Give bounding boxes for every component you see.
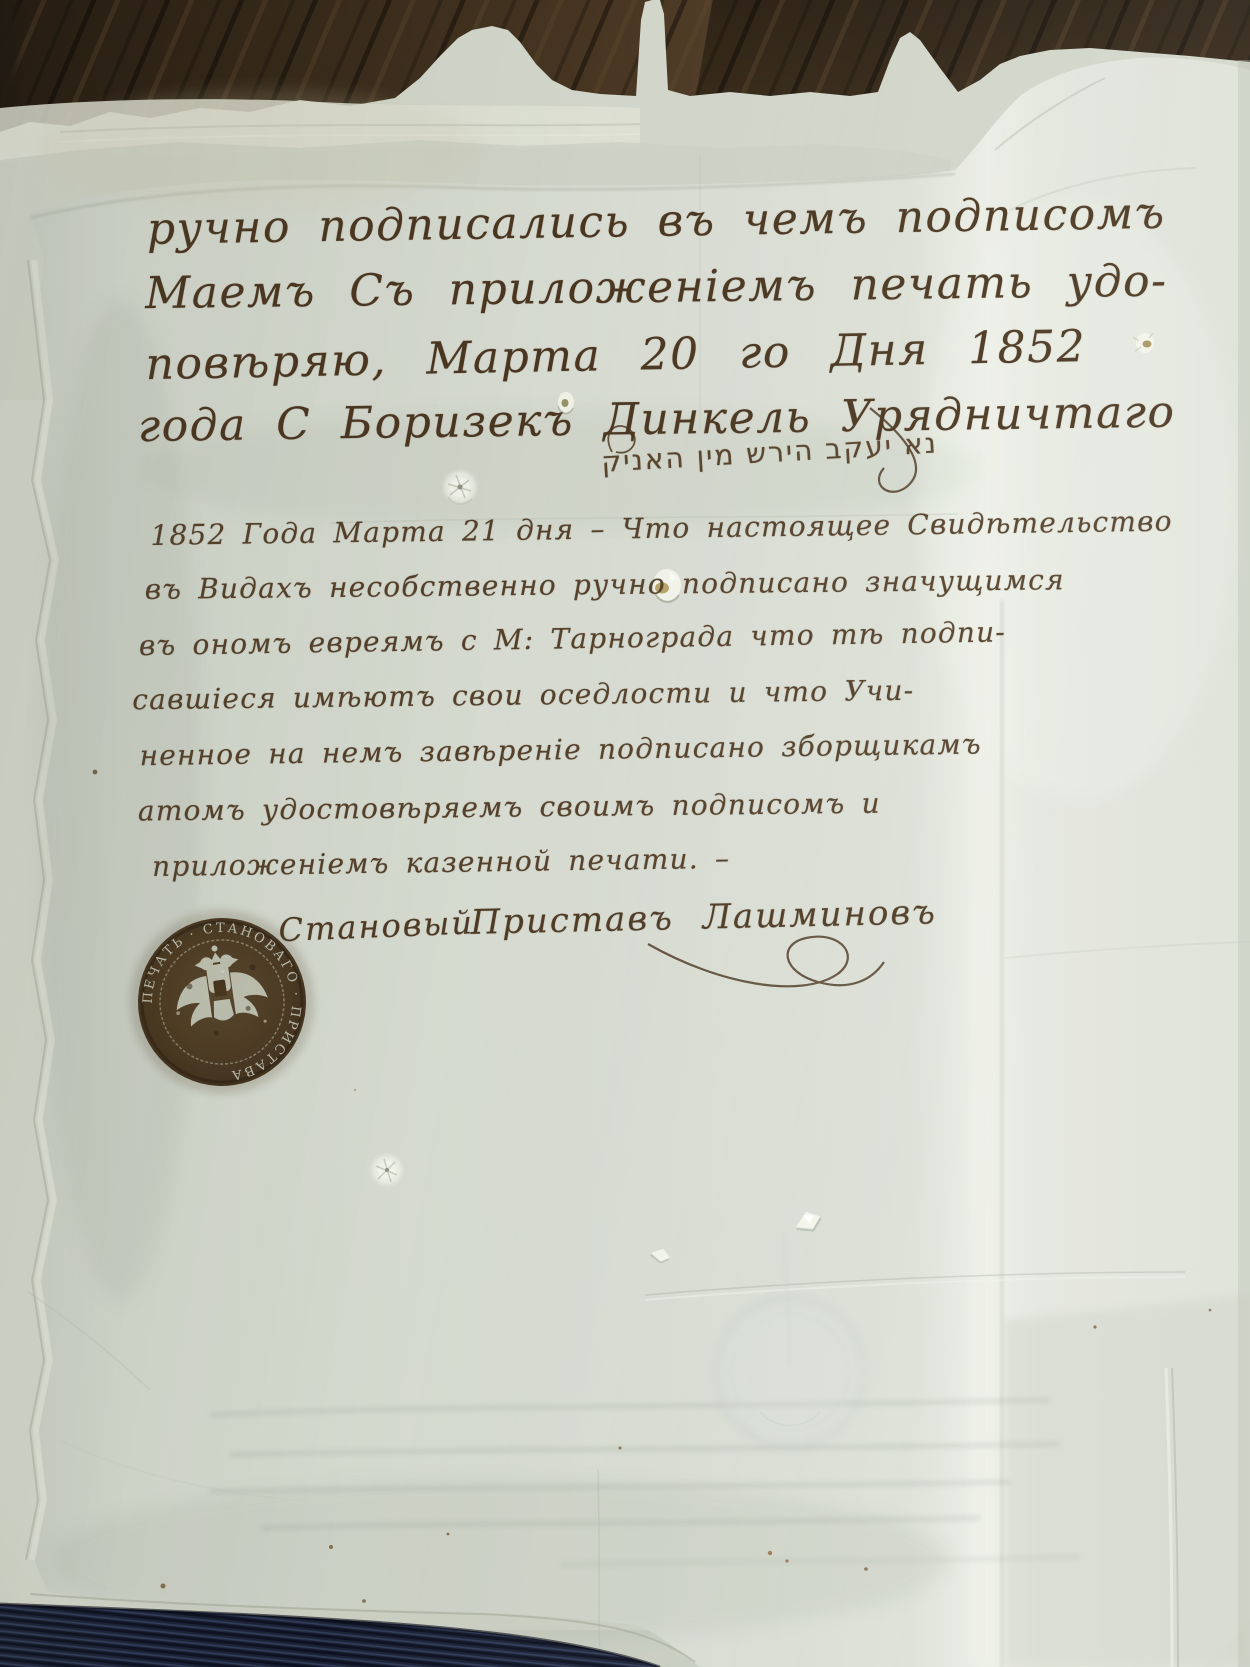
paragraph2-line-2: въ Видахъ несобственно ручно подписано з… bbox=[145, 563, 1065, 606]
paragraph2-line-1: 1852 Года Марта 21 дня – Что настоящее С… bbox=[150, 505, 1173, 552]
manuscript-photo: ПЕЧАТЬ · СТАНОВАГО · ПРИСТАВА bbox=[0, 0, 1250, 1667]
handwritten-text: ручно подписались въ чемъ подписомъ Маем… bbox=[0, 0, 1250, 1667]
signature-title: Становый bbox=[278, 903, 475, 949]
paragraph2-line-3: въ ономъ евреямъ с М: Тарнограда что тѣ … bbox=[139, 615, 1006, 662]
signature-name: Приставъ Лашминовъ bbox=[470, 892, 937, 943]
paragraph2-line-7: приложеніемъ казенной печати. – bbox=[152, 842, 730, 883]
paragraph1-line-2: Маемъ Съ приложеніемъ печать удо- bbox=[145, 256, 1168, 319]
paragraph1-line-3: повѣряю, Марта 20 го Дня 1852 bbox=[145, 321, 1087, 390]
paragraph2-line-5: ненное на немъ завѣреніе подписано зборщ… bbox=[139, 727, 982, 772]
paragraph1-line-1: ручно подписались въ чемъ подписомъ bbox=[146, 188, 1165, 255]
paragraph2-line-4: савшіеся имѣютъ свои оседлости и что Учи… bbox=[132, 674, 914, 717]
paragraph2-line-6: атомъ удостовѣряемъ своимъ подписомъ и bbox=[138, 787, 881, 828]
